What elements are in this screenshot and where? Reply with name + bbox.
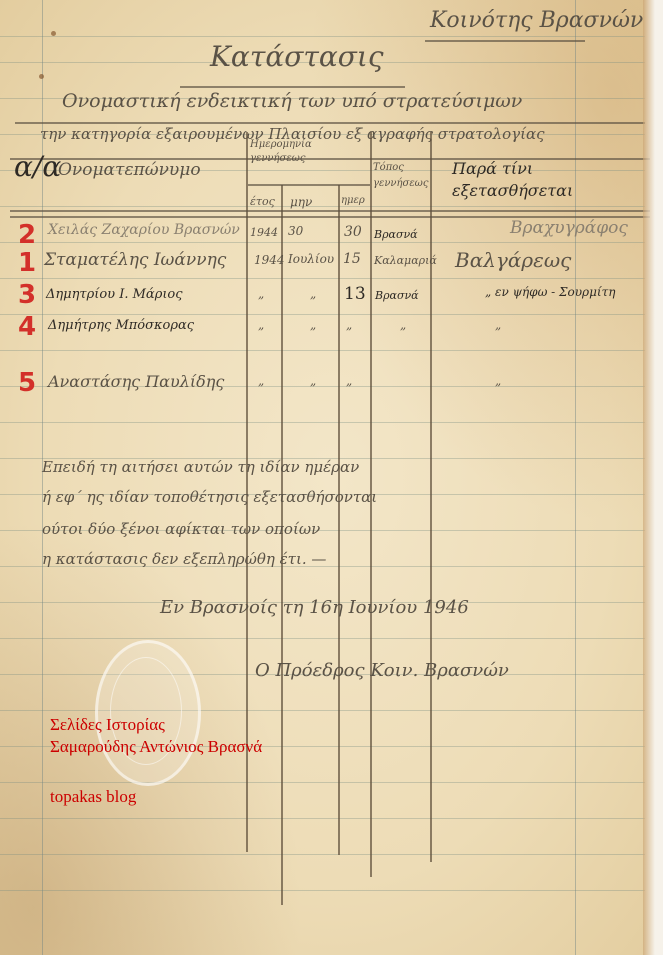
top-right-label: Κοινότης Βρασνών bbox=[430, 8, 643, 33]
ruled-line bbox=[0, 36, 645, 37]
underline bbox=[425, 40, 585, 42]
row-number: 3 bbox=[18, 280, 36, 310]
row-month: „ bbox=[310, 374, 316, 388]
paper-edge bbox=[643, 0, 663, 955]
row-place: Βρασνά bbox=[375, 289, 419, 302]
column-divider bbox=[430, 132, 432, 862]
ruled-line bbox=[0, 350, 645, 351]
ruled-line bbox=[0, 242, 645, 243]
row-month: 30 bbox=[288, 224, 303, 238]
ruled-line bbox=[0, 890, 645, 891]
row-remarks: Βραχυγράφος bbox=[510, 218, 628, 238]
subtitle-line-1: Ονομαστική ενδεικτική των υπό στρατεύσιμ… bbox=[62, 90, 522, 112]
column-header-remarks: Παρά τίνι εξετασθήσεται bbox=[452, 158, 582, 202]
row-name: Σταματέλης Ιωάννης bbox=[44, 250, 226, 270]
row-name: Δημήτρης Μπόσκορας bbox=[48, 318, 194, 333]
right-margin-line bbox=[575, 0, 576, 955]
row-month: „ bbox=[310, 318, 316, 332]
column-header-year: έτος bbox=[250, 195, 275, 208]
column-header-place: Τόπος γεννήσεως bbox=[373, 160, 428, 192]
watermark-line-3: topakas blog bbox=[50, 787, 136, 807]
row-remarks: Βαλγάρεως bbox=[455, 248, 571, 272]
row-place: Βρασνά bbox=[374, 228, 418, 241]
column-divider bbox=[338, 185, 340, 855]
row-remarks: „ bbox=[495, 318, 501, 332]
embossed-seal bbox=[95, 640, 201, 786]
ruled-line bbox=[0, 818, 645, 819]
ink-spot bbox=[51, 31, 56, 36]
row-year: „ bbox=[258, 374, 264, 388]
row-month: „ bbox=[310, 287, 316, 301]
row-place: Καλαμαριά bbox=[374, 254, 437, 267]
header-subdivider bbox=[248, 184, 370, 186]
ruled-line bbox=[0, 314, 645, 315]
row-name: Χειλάς Ζαχαρίου Βρασνών bbox=[48, 222, 240, 238]
row-day: 13 bbox=[344, 284, 366, 304]
ruled-line bbox=[0, 782, 645, 783]
row-year: 1944 bbox=[250, 226, 278, 239]
row-year: „ bbox=[258, 318, 264, 332]
closing-line-2: ή εφ΄ ης ιδίαν τοποθέτησις εξετασθήσοντα… bbox=[42, 488, 377, 506]
row-year: „ bbox=[258, 287, 264, 301]
document-title: Κατάστασις bbox=[210, 40, 384, 73]
ruled-line bbox=[0, 854, 645, 855]
title-underline bbox=[180, 86, 405, 88]
ruled-line bbox=[0, 206, 645, 207]
row-number: 2 bbox=[18, 220, 36, 250]
ink-spot bbox=[39, 74, 44, 79]
column-divider bbox=[281, 185, 283, 905]
row-day: „ bbox=[346, 374, 352, 388]
signature: Ο Πρόεδρος Κοιν. Βρασνών bbox=[255, 660, 509, 681]
column-header-name: Ονοματεπώνυμο bbox=[58, 160, 201, 180]
row-number: 1 bbox=[18, 248, 36, 278]
header-bottom-line bbox=[10, 210, 650, 212]
row-number: 4 bbox=[18, 312, 36, 342]
row-day: 30 bbox=[344, 224, 362, 240]
column-header-number: α/α bbox=[14, 150, 61, 183]
row-day: „ bbox=[346, 318, 352, 332]
ruled-line bbox=[0, 422, 645, 423]
column-header-month: μην bbox=[290, 195, 312, 209]
closing-line-1: Επειδή τη αιτήσει αυτών τη ιδίαν ημέραν bbox=[42, 458, 359, 476]
row-number: 5 bbox=[18, 368, 36, 398]
row-month: Ιουλίου bbox=[288, 252, 334, 266]
watermark-line-2: Σαμαρούδης Αντώνιος Βρασνά bbox=[50, 737, 262, 757]
row-place: „ bbox=[400, 318, 406, 332]
column-header-birth-date: Ημερομηνία γεννήσεως bbox=[250, 138, 368, 166]
closing-line-3: ούτοι δύο ξένοι αφίκται των οποίων bbox=[42, 520, 320, 538]
row-day: 15 bbox=[343, 251, 361, 267]
row-name: Αναστάσης Παυλίδης bbox=[48, 372, 224, 391]
subtitle-underline bbox=[15, 122, 645, 124]
row-remarks: „ bbox=[495, 374, 501, 388]
row-year: 1944 bbox=[254, 253, 285, 267]
column-header-day: ημερ bbox=[341, 195, 365, 206]
closing-line-4: η κατάστασις δεν εξεπληρώθη έτι. — bbox=[42, 550, 326, 568]
ruled-line bbox=[0, 638, 645, 639]
left-margin-line bbox=[42, 0, 43, 955]
ruled-line bbox=[0, 278, 645, 279]
row-remarks: „ εν ψήφω - Σουρμίτη bbox=[485, 285, 615, 299]
scanned-document-page: Κοινότης Βρασνών Κατάστασις Ονομαστική ε… bbox=[0, 0, 663, 955]
row-name: Δημητρίου Ι. Μάριος bbox=[46, 287, 183, 302]
place-date: Εν Βρασνοίς τη 16η Ιουνίου 1946 bbox=[160, 597, 469, 618]
watermark-line-1: Σελίδες Ιστορίας bbox=[50, 715, 165, 735]
